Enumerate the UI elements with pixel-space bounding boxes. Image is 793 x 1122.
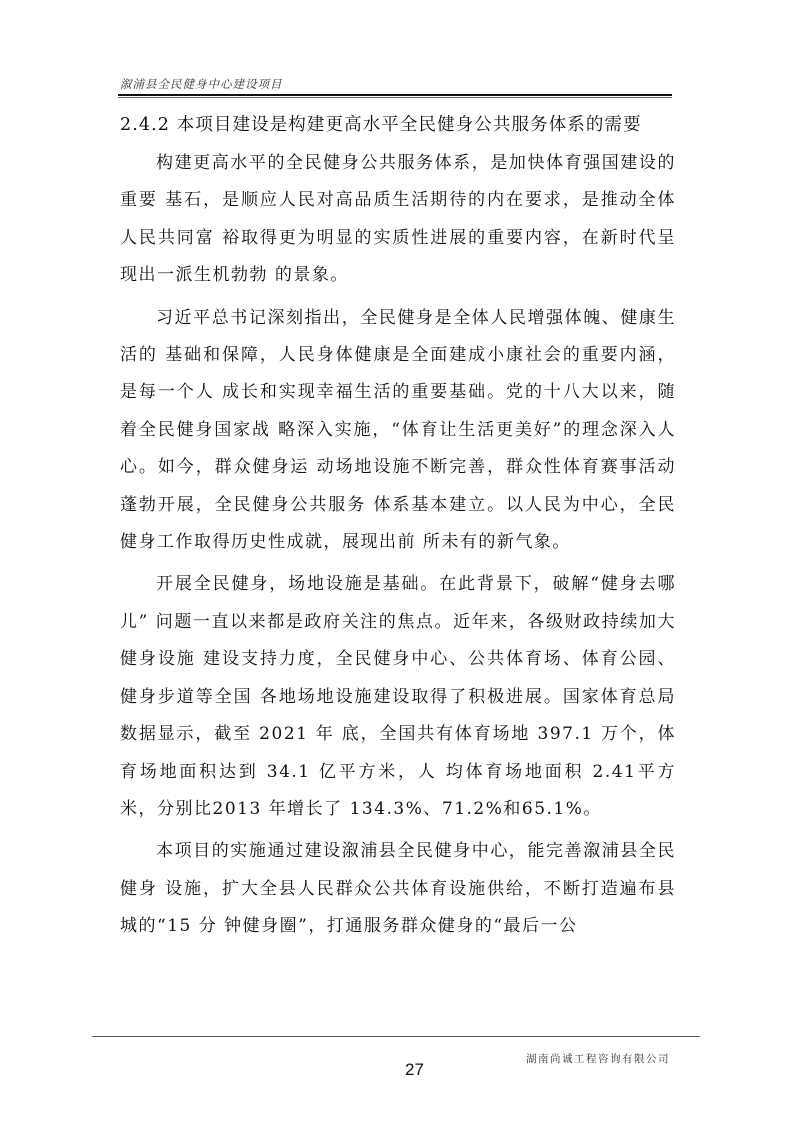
paragraph: 习近平总书记深刻指出，全民健身是全体人民增强体魄、健康生活的 基础和保障，人民身… — [120, 300, 676, 562]
paragraph: 开展全民健身，场地设施是基础。在此背景下，破解“健身去哪儿” 问题一直以来都是政… — [120, 566, 676, 828]
page-number: 27 — [405, 1060, 424, 1080]
footer-divider — [92, 1036, 700, 1037]
paragraph: 本项目的实施通过建设溆浦县全民健身中心，能完善溆浦县全民健身 设施，扩大全县人民… — [120, 833, 676, 945]
header-divider — [118, 94, 672, 96]
header-divider-thin — [118, 97, 672, 98]
body-text: 构建更高水平的全民健身公共服务体系，是加快体育强国建设的重要 基石，是顺应人民对… — [120, 145, 676, 946]
section-heading: 2.4.2 本项目建设是构建更高水平全民健身公共服务体系的需要 — [120, 111, 642, 136]
footer-company: 湖南尚诚工程咨询有限公司 — [445, 1051, 670, 1066]
paragraph: 构建更高水平的全民健身公共服务体系，是加快体育强国建设的重要 基石，是顺应人民对… — [120, 145, 676, 295]
header-title: 溆浦县全民健身中心建设项目 — [120, 76, 283, 92]
